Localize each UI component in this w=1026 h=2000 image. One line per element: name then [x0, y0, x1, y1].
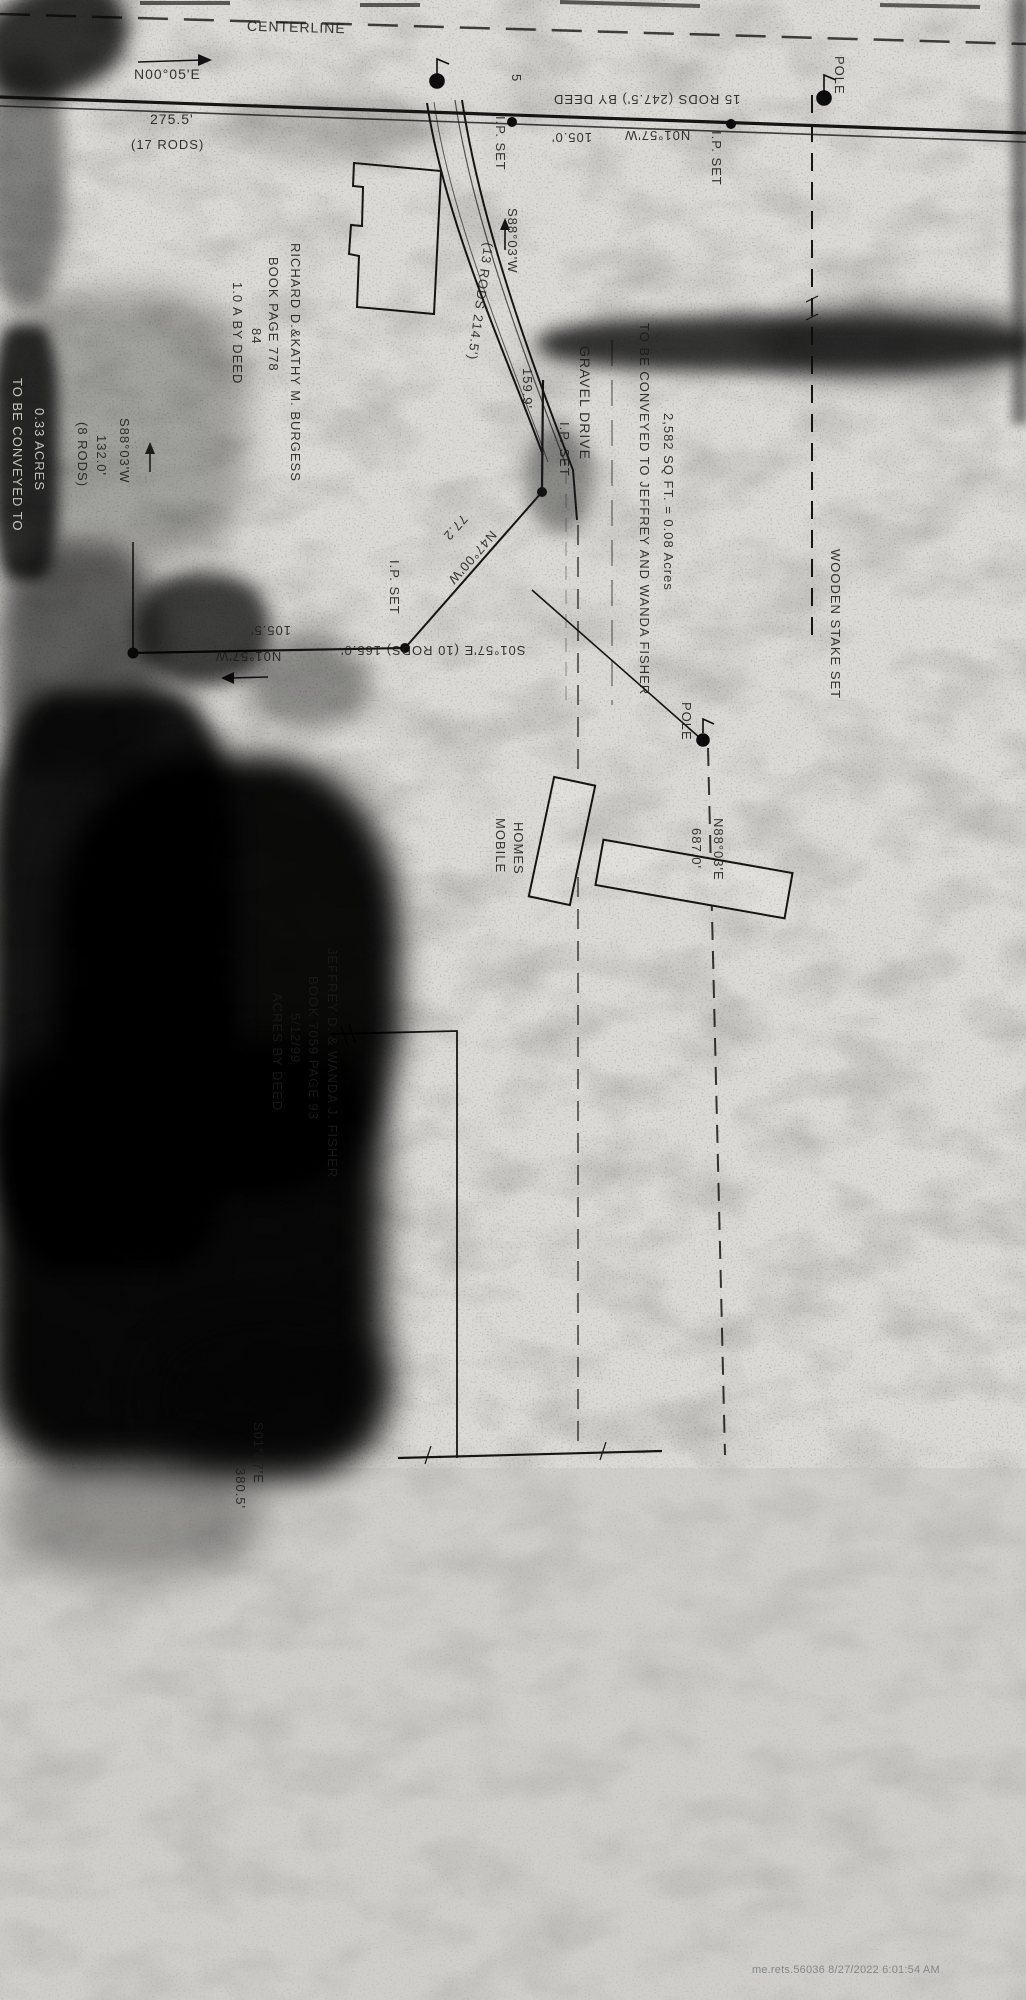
- scan-edge-marks: [140, 2, 980, 7]
- centerline-label: CENTERLINE: [247, 19, 346, 36]
- wooden-stake-label: WOODEN STAKE SET: [829, 549, 842, 699]
- conveyed-area-label: 2,582 SQ FT. = 0.08 Acres: [662, 413, 675, 591]
- left-distance-label: 132.0': [95, 435, 108, 476]
- left-rods-label: (8 RODS): [76, 422, 89, 487]
- ip-set-label: I.P. SET: [558, 422, 571, 477]
- boundary-n47-diagonal: [405, 492, 542, 648]
- ip-set-label: I.P. SET: [494, 116, 507, 171]
- mls-watermark: me.rets.56036 8/27/2022 6:01:54 AM: [752, 1964, 940, 1976]
- mid-next-course-label: S01°57'E (10 RODS) 165.0': [340, 644, 525, 657]
- fisher-date-label: 5/12/99: [289, 1013, 302, 1063]
- mobile-home-outline: [529, 777, 793, 918]
- fisher-book-label: BOOK 7059 PAGE 93: [307, 976, 320, 1120]
- mobile-homes-label-2: HOMES: [512, 822, 525, 875]
- east-bearing-label: N88°03'E: [712, 818, 725, 881]
- ip-set-label: I.P. SET: [388, 560, 401, 615]
- left-note-label: TO BE CONVEYED TO: [11, 378, 24, 532]
- plat-linework: [0, 0, 1026, 2000]
- road-east-distance-label: 105.0': [551, 131, 592, 144]
- fisher-area-label: ACRES BY DEED: [271, 993, 284, 1111]
- fisher-parcel-boundary: [332, 1031, 457, 1458]
- road-bearing-label: N00°05'E: [134, 67, 201, 81]
- mid-bearing-label: N01°57'W: [215, 650, 281, 663]
- road-rods-label: (17 RODS): [131, 138, 204, 151]
- gravel-drive-name: GRAVEL DRIVE: [578, 346, 592, 460]
- burgess-area-label: 1.0 A BY DEED: [231, 282, 244, 384]
- pole-label-mid: POLE: [680, 702, 693, 741]
- burgess-book-label: BOOK PAGE 778: [267, 257, 280, 372]
- drive-west-bearing-label: S88°03'W: [506, 208, 519, 274]
- south-bearing-label: S01°57'E: [252, 1422, 265, 1484]
- mid-distance-label: 105.5': [250, 624, 291, 637]
- burgess-page-label: 84: [250, 328, 263, 344]
- burgess-owner-label: RICHARD D.&KATHY M. BURGESS: [289, 243, 302, 482]
- left-bearing-label: S88°03'W: [118, 418, 131, 484]
- south-distance-label: 380.5': [234, 1468, 247, 1509]
- road-east-bearing-label: N01°57'W: [624, 129, 690, 142]
- pole-label-top: POLE: [833, 56, 846, 95]
- building-outline: [349, 163, 441, 314]
- drive-west-distance-label: 159.9': [521, 368, 534, 409]
- scanned-survey-plat: CENTERLINE N00°05'E 275.5' (17 RODS) 15 …: [0, 0, 1026, 2000]
- conveyed-note-label: TO BE CONVEYED TO JEFFREY AND WANDA FISH…: [638, 323, 651, 695]
- east-distance-label: 687.0': [690, 828, 703, 869]
- boundary-south: [398, 1451, 662, 1458]
- boundary-159: [542, 380, 543, 492]
- mobile-homes-label-1: MOBILE: [494, 818, 507, 873]
- road-width-mark: 5: [510, 74, 523, 82]
- left-area-label: 0.33 ACRES: [33, 408, 46, 491]
- road-centerline: [0, 14, 1026, 44]
- ip-set-label: I.P. SET: [710, 131, 723, 186]
- road-distance-label: 275.5': [150, 112, 194, 126]
- leader-diagonal: [532, 590, 700, 738]
- fisher-owner-label: JEFFREY D. & WANDA J. FISHER: [326, 948, 339, 1178]
- road-deed-note-label: 15 RODS (247.5') BY DEED: [553, 93, 740, 106]
